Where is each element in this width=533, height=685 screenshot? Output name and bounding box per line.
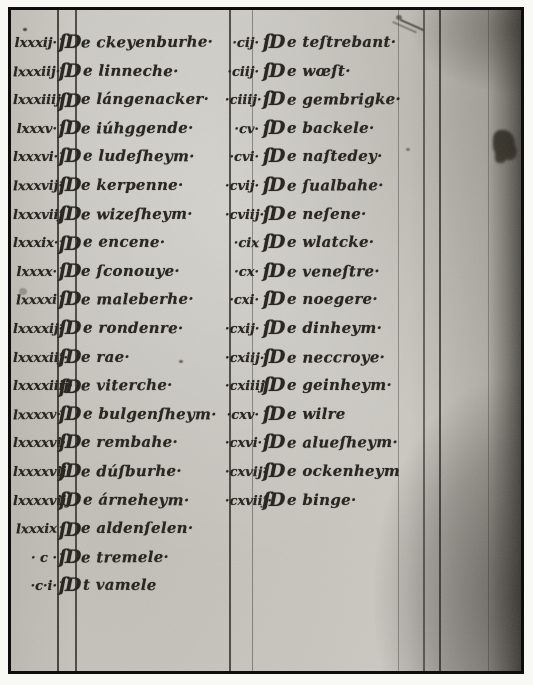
initial-D-right: ſD — [259, 176, 287, 195]
register-row: lxxxxiiij· ſD e viterche· ·cxiiij ſD e g… — [13, 375, 521, 404]
entry-number-left: lxxxxiij· — [13, 351, 57, 366]
entry-number-left: lxxxxv· — [13, 407, 57, 423]
register-row: lxxxvi· ſD e ludeſheym· ·cvi· ſD e naſte… — [13, 146, 521, 175]
place-name-left: e tremele· — [81, 547, 225, 566]
initial-D-left: ſD — [57, 433, 81, 452]
register-row: lxxxiij· ſD e linneche· ·ciij· ſD e wœſt… — [13, 61, 521, 90]
place-name-right: e wlatcke· — [287, 233, 521, 251]
place-name-left: e ckeyenburhe· — [81, 32, 225, 51]
place-name-right: e veneſtre· — [287, 261, 521, 280]
initial-D-right: ſD — [259, 376, 287, 395]
entry-number-right: ·cxvi· — [225, 436, 259, 451]
initial-D-left: ſD — [57, 176, 81, 195]
place-name-right: e teſtrebant· — [287, 33, 521, 51]
initial-D-right: ſD — [259, 233, 287, 252]
entry-number-right: ·cv· — [225, 122, 259, 137]
entry-number-right: ·cvij· — [225, 179, 259, 194]
place-name-left: e bulgenſheym· — [83, 404, 227, 423]
initial-D-right: ſD — [259, 205, 287, 224]
place-name-right: e gembrigke· — [287, 89, 521, 108]
initial-D-right: ſD — [259, 33, 287, 52]
photo-frame: lxxxij· ſD e ckeyenburhe· ·cij· ſD e teſ… — [8, 7, 524, 674]
initial-D-right: ſD — [259, 119, 287, 138]
entry-number-left: lxxxxviij — [13, 494, 57, 509]
place-name-left: e ſconouye· — [81, 262, 225, 280]
place-name-left: t vamele — [83, 576, 227, 595]
register-row: · c · ſD e tremele· — [13, 547, 521, 576]
entry-number-left: lxxxvi· — [13, 150, 57, 165]
initial-D-right: ſD — [259, 262, 287, 281]
place-name-right: e ſualbahe· — [287, 175, 521, 194]
entry-number-left: lxxxxij· — [13, 322, 57, 337]
place-name-right: e naſtedey· — [287, 147, 521, 165]
initial-D-left: ſD — [57, 262, 81, 281]
initial-D-right: ſD — [259, 147, 287, 166]
entry-number-right: ·cvi· — [225, 150, 259, 165]
initial-D-left: ſD — [57, 119, 81, 138]
register-row: lxxxxviij ſD e árneheym· ·cxviij· ſD e b… — [13, 490, 521, 519]
place-name-left: e aldenſelen· — [81, 519, 225, 537]
entry-number-left: lxxxiiij — [13, 93, 57, 108]
entry-number-left: ·c·i· — [13, 579, 57, 594]
place-name-left: e iúhggende· — [81, 118, 225, 137]
entry-number-left: lxxxxiiij· — [13, 379, 57, 394]
initial-D-left: ſD — [57, 576, 81, 595]
entry-number-left: lxxxxi — [13, 293, 57, 309]
entry-number-left: lxxxix — [13, 522, 57, 538]
initial-D-left: ſD — [57, 378, 81, 397]
register-row: lxxxxij· ſD e rondenre· ·cxij· ſD e dinh… — [13, 318, 521, 347]
entry-number-right: ·cxiij· — [225, 350, 259, 365]
place-name-right: e backele· — [287, 119, 521, 137]
entry-number-left: lxxxv· — [13, 122, 57, 137]
place-name-left: e lángenacker· — [81, 90, 225, 108]
place-name-left: e rae· — [81, 348, 225, 366]
register-rows: lxxxij· ſD e ckeyenburhe· ·cij· ſD e teſ… — [13, 32, 521, 604]
register-row: ·c·i· ſD t vamele — [13, 575, 521, 604]
entry-number-right: ·cxviij· — [225, 494, 259, 509]
place-name-right: e alueſheym· — [287, 433, 521, 452]
initial-D-right: ſD — [259, 433, 287, 452]
register-row: lxxxxiij· ſD e rae· ·cxiij· ſD e neccroy… — [13, 347, 521, 376]
initial-D-right: ſD — [259, 319, 287, 338]
entry-number-right: ·cix — [225, 236, 259, 251]
register-row: lxxxxv· ſD e bulgenſheym· ·cxv· ſD e wil… — [13, 404, 521, 433]
initial-D-left: ſD — [57, 147, 81, 166]
entry-number-left: lxxxix· — [13, 236, 57, 251]
manuscript-page: lxxxij· ſD e ckeyenburhe· ·cij· ſD e teſ… — [11, 10, 521, 671]
screenshot-root: { "page": { "d_glyph": "ſD", "ink_color"… — [0, 0, 533, 685]
ink-speck — [23, 28, 27, 31]
entry-number-left: lxxxviij — [13, 208, 57, 223]
place-name-left: e ludeſheym· — [83, 147, 227, 166]
entry-number-right: ·cviij· — [225, 208, 259, 223]
place-name-left: e rondenre· — [83, 319, 227, 338]
initial-D-right: ſD — [259, 62, 287, 81]
register-row: lxxxxvi· ſD e rembahe· ·cxvi· ſD e alueſ… — [13, 432, 521, 461]
place-name-left: e linneche· — [83, 61, 227, 80]
initial-D-left: ſD — [57, 319, 81, 338]
initial-D-left: ſD — [57, 405, 81, 424]
place-name-right: e neccroye· — [287, 347, 521, 366]
entry-number-right: ·cij· — [225, 36, 259, 51]
initial-D-left: ſD — [57, 33, 81, 52]
initial-D-left: ſD — [57, 205, 81, 224]
initial-D-left: ſD — [57, 548, 81, 567]
place-name-right — [287, 532, 521, 533]
place-name-left: e wizeſheym· — [81, 204, 225, 223]
place-name-right: e wœſt· — [287, 62, 521, 80]
entry-number-right: ·cxvij· — [225, 465, 259, 480]
register-row: lxxxv· ſD e iúhggende· ·cv· ſD e backele… — [13, 118, 521, 147]
entry-number-left: lxxxx· — [13, 265, 57, 280]
place-name-left: e rembahe· — [81, 433, 225, 451]
initial-D-left: ſD — [57, 62, 81, 81]
register-row: lxxxvij· ſD e kerpenne· ·cvij· ſD e ſual… — [13, 175, 521, 204]
place-name-right: e geinheym· — [287, 376, 521, 394]
place-name-left: e kerpenne· — [81, 176, 225, 194]
entry-number-right: ·ciij· — [225, 65, 259, 80]
place-name-left: e árneheym· — [83, 490, 227, 509]
entry-number-left: · c · — [13, 551, 57, 566]
place-name-right: e neſene· — [287, 205, 521, 223]
place-name-right: e binge· — [287, 491, 521, 509]
entry-number-left: lxxxxvij· — [13, 465, 57, 480]
initial-D-right: ſD — [259, 462, 287, 481]
entry-number-left: lxxxij· — [13, 36, 57, 51]
entry-number-left: lxxxxvi· — [13, 436, 57, 451]
place-name-left: e dúſburhe· — [81, 461, 225, 480]
initial-D-right: ſD — [259, 348, 287, 367]
place-name-left: e encene· — [83, 233, 227, 252]
place-name-right: e wilre — [287, 405, 521, 423]
place-name-right: e ockenheym — [287, 462, 521, 480]
entry-number-right: ·cxiiij — [225, 379, 259, 394]
register-row: lxxxxvij· ſD e dúſburhe· ·cxvij· ſD e oc… — [13, 461, 521, 490]
entry-number-right: ·cxv· — [225, 408, 259, 423]
initial-D-right: ſD — [259, 90, 287, 109]
register-row: lxxxij· ſD e ckeyenburhe· ·cij· ſD e teſ… — [13, 32, 521, 61]
place-name-right: e dinheym· — [287, 319, 521, 337]
place-name-left: e viterche· — [81, 376, 225, 395]
register-row: lxxxxi ſD e maleberhe· ·cxi· ſD e noeger… — [13, 289, 521, 318]
place-name-left: e maleberhe· — [81, 290, 225, 309]
entry-number-right: ·cx· — [225, 265, 259, 280]
initial-D-right: ſD — [259, 405, 287, 424]
initial-D-left: ſD — [57, 462, 81, 481]
initial-D-left: ſD — [57, 235, 81, 254]
entry-number-left: lxxxiij· — [13, 64, 57, 80]
initial-D-left: ſD — [57, 491, 81, 510]
initial-D-left: ſD — [57, 521, 81, 540]
entry-number-left: lxxxvij· — [13, 179, 57, 195]
register-row: lxxxx· ſD e ſconouye· ·cx· ſD e veneſtre… — [13, 261, 521, 290]
initial-D-left: ſD — [57, 290, 81, 309]
entry-number-right: ·ciiij· — [225, 93, 259, 108]
place-name-right: e noegere· — [287, 290, 521, 308]
initial-D-right: ſD — [259, 290, 287, 309]
initial-D-left: ſD — [57, 348, 81, 367]
initial-D-left: ſD — [57, 92, 81, 111]
register-row: lxxxix· ſD e encene· ·cix ſD e wlatcke· — [13, 232, 521, 261]
register-row: lxxxix ſD e aldenſelen· — [13, 518, 521, 547]
entry-number-right: ·cxij· — [225, 322, 259, 337]
initial-D-right: ſD — [259, 491, 287, 510]
register-row: lxxxviij ſD e wizeſheym· ·cviij· ſD e ne… — [13, 204, 521, 233]
register-row: lxxxiiij ſD e lángenacker· ·ciiij· ſD e … — [13, 89, 521, 118]
entry-number-right: ·cxi· — [225, 293, 259, 308]
